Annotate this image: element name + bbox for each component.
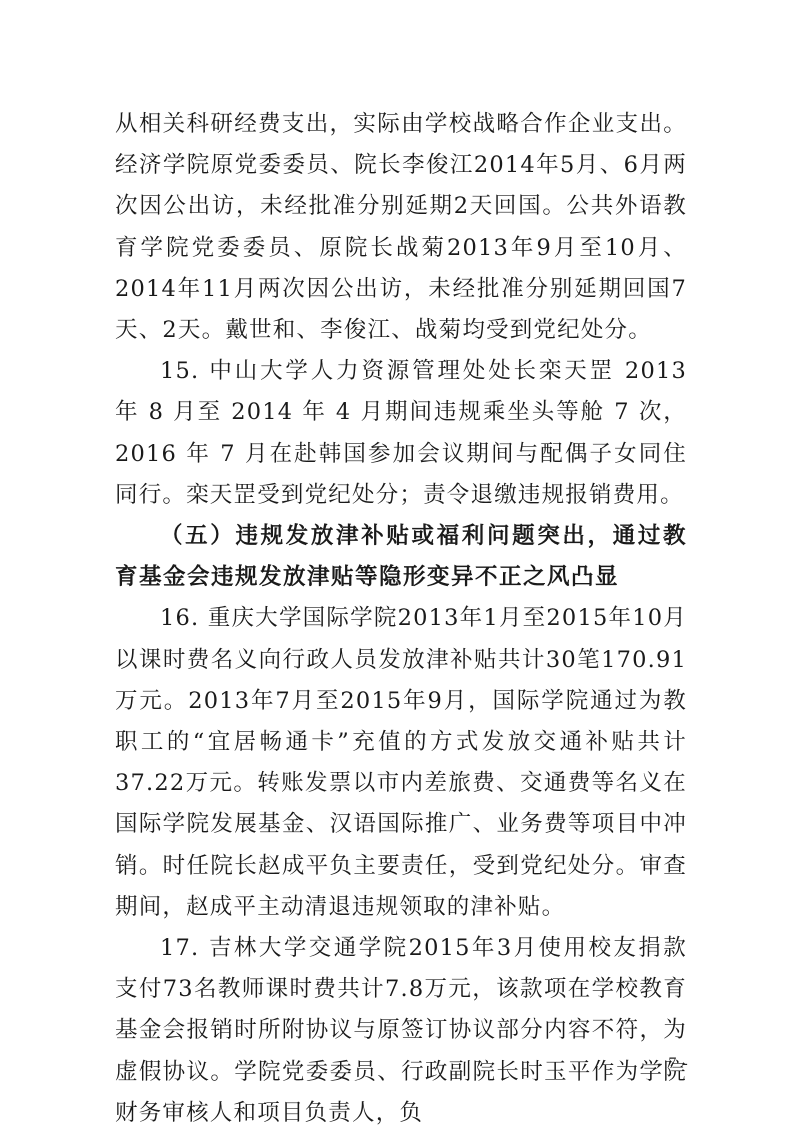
page-number: - 7 - <box>657 1055 689 1073</box>
paragraph-item-15: 15. 中山大学人力资源管理处处长栾天罡 2013 年 8 月至 2014 年 … <box>115 351 687 516</box>
paragraph-continuation: 从相关科研经费支出，实际由学校战略合作企业支出。经济学院原党委委员、院长李俊江2… <box>115 104 687 351</box>
paragraph-item-17: 17. 吉林大学交通学院2015年3月使用校友捐款支付73名教师课时费共计7.8… <box>115 928 687 1131</box>
section-heading-five: （五）违规发放津补贴或福利问题突出，通过教育基金会违规发放津贴等隐形变异不正之风… <box>115 516 687 598</box>
document-page: 从相关科研经费支出，实际由学校战略合作企业支出。经济学院原党委委员、院长李俊江2… <box>0 0 799 1131</box>
document-body: 从相关科研经费支出，实际由学校战略合作企业支出。经济学院原党委委员、院长李俊江2… <box>115 104 687 1131</box>
paragraph-item-16: 16. 重庆大学国际学院2013年1月至2015年10月以课时费名义向行政人员发… <box>115 598 687 928</box>
